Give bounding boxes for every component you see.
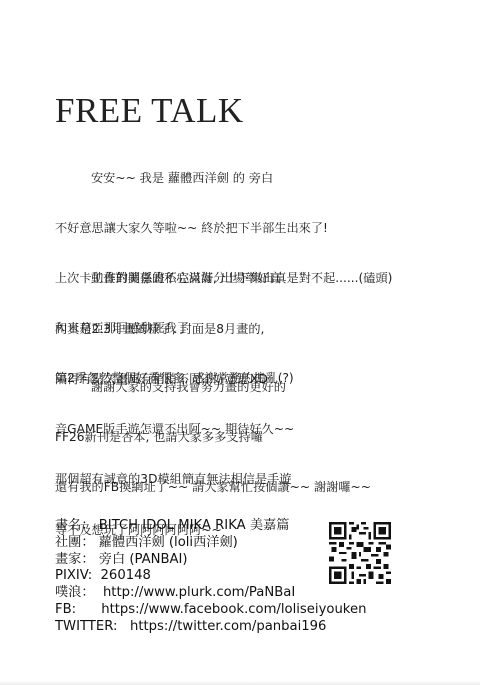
credit-value: 260148 xyxy=(92,568,151,585)
credit-label: PIXIV: xyxy=(55,568,92,585)
credit-label: 畫家： xyxy=(55,552,95,569)
credit-value: 蘿體西洋劍 (loli西洋劍) xyxy=(95,535,238,552)
text-line: 動畫對美嘉的私心滿滿, 出場率好高 xyxy=(55,270,294,287)
facebook-link[interactable]: https://www.facebook.com/loliseiyouken xyxy=(76,602,366,619)
twitter-link[interactable]: https://twitter.com/panbai196 xyxy=(117,619,326,636)
credit-label: 社團： xyxy=(55,535,95,552)
credit-plurk: 噗浪： http://www.plurk.com/PaNBaI xyxy=(55,585,366,602)
page-edge xyxy=(0,681,480,685)
page-title: FREE TALK xyxy=(55,93,244,128)
text-line: FF26新刊是杏本, 也請大家多多支持囉 xyxy=(55,429,371,446)
credit-circle: 社團： 蘿體西洋劍 (loli西洋劍) xyxy=(55,535,366,552)
credit-artist: 畫家： 旁白 (PANBAI) xyxy=(55,552,366,569)
paragraph-thanks: 謝謝大家的支持我會努力畫的更好的 FF26新刊是杏本, 也請大家多多支持囉 還有… xyxy=(55,345,371,530)
credits-block: 書名： BITCH IDOL MIKA RIKA 美嘉篇 社團： 蘿體西洋劍 (… xyxy=(55,518,366,636)
text-line: 謝謝大家的支持我會努力畫的更好的 xyxy=(55,379,371,396)
credit-label: 書名： xyxy=(55,518,95,535)
credit-label: FB: xyxy=(55,602,76,619)
qr-code-icon xyxy=(329,522,391,584)
credit-facebook: FB: https://www.facebook.com/loliseiyouk… xyxy=(55,602,366,619)
credit-twitter: TWITTER: https://twitter.com/panbai196 xyxy=(55,619,366,636)
credit-value: 旁白 (PANBAI) xyxy=(95,552,188,569)
credit-pixiv: PIXIV: 260148 xyxy=(55,568,366,585)
credit-value: BITCH IDOL MIKA RIKA 美嘉篇 xyxy=(95,518,290,535)
text-line: 不好意思讓大家久等啦~~ 終於把下半部生出來了! xyxy=(55,220,392,237)
text-line: 安安~~ 我是 蘿體西洋劍 的 旁白 xyxy=(55,170,392,187)
credit-book-title: 書名： BITCH IDOL MIKA RIKA 美嘉篇 xyxy=(55,518,366,535)
plurk-link[interactable]: http://www.plurk.com/PaNBaI xyxy=(95,585,296,602)
credit-label: 噗浪： xyxy=(55,585,95,602)
free-talk-page: FREE TALK 安安~~ 我是 蘿體西洋劍 的 旁白 不好意思讓大家久等啦~… xyxy=(0,0,480,685)
text-line: 還有我的FB換網址了~~ 請大家幫忙按個讚~~ 謝謝囉~~ xyxy=(55,479,371,496)
text-line: 和米莉亞那回感動死我了 xyxy=(55,320,294,337)
credit-label: TWITTER: xyxy=(55,619,117,636)
